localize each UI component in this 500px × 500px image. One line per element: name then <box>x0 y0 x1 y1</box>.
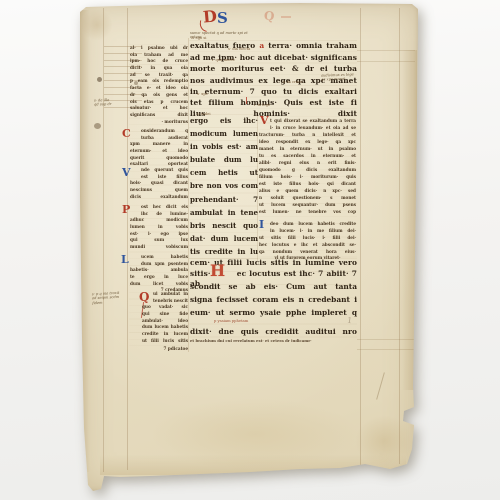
interlinear-gloss: s· oia electa <box>228 47 250 51</box>
ruling-line <box>357 50 415 51</box>
interlinear-gloss: s· in cruce <box>283 80 302 84</box>
gloss-line: tenebris nescit <box>142 298 188 305</box>
gloss-line: qui sum lux <box>130 237 188 244</box>
margin-note-left-mid: s· p q oia traxitad seipm scdmfidem <box>92 290 141 305</box>
ruling-line <box>357 349 417 350</box>
left-gloss-section-f: ui ambulat intenebris nescitquo vadat· s… <box>142 291 188 345</box>
gloss-line: dr qa ois gens et <box>130 92 188 99</box>
main-text-line: prehendant· 7 qui <box>190 193 258 206</box>
gloss-line: n soluit questionem· s monet <box>259 194 356 201</box>
gloss-line: dicis exaltandum <box>130 194 188 201</box>
gloss-line: i· in cruce leuandum· et oia ad se <box>259 124 356 131</box>
gloss-line: alibi· regni eius n erit finis· <box>259 159 356 166</box>
gloss-line: oia traham ad me <box>130 52 188 59</box>
ink-speck <box>94 123 101 129</box>
gloss-line: nde querunt quis <box>130 167 188 174</box>
main-text-line: ambulat in tene <box>190 206 258 219</box>
gloss-line: significans dixit <box>130 112 188 119</box>
margin-note-left-upper: s· de illoqd sup dr <box>94 97 126 107</box>
manuscript-leaf: D S Q suma· spectat q ad morte xpi et ce… <box>0 0 500 500</box>
gloss-line: ucem habetis <box>130 254 188 261</box>
gloss-line: eternum· et ideo <box>130 148 188 155</box>
gloss-line: qa nondum venerat hora eius· <box>259 248 356 255</box>
main-text-line: bris nescit quo va <box>190 219 258 232</box>
gloss-line: deo dum lucem habetis credite <box>259 220 356 227</box>
gloss-line: est iste filius hois· qsi dicant <box>259 180 356 187</box>
left-gloss-section-b: onsiderandum qturba audieratxpm manere i… <box>130 128 188 168</box>
gloss-line: est iste filius <box>130 174 188 181</box>
colophon-line: et brachium dni cui revelatum est· et ce… <box>190 339 322 344</box>
gloss-line: al· i psalmo ubi dr <box>130 45 188 52</box>
gloss-line: quomodo g dicis exaltandum <box>259 166 356 173</box>
gloss-line: ut sitis filii lucis· i· filii dei· <box>259 234 356 241</box>
margin-note-right-upper: audivimus ex legeqa xpc manet <box>321 72 357 82</box>
gloss-line: ui ambulat in <box>142 291 188 298</box>
ruling-line <box>357 61 415 62</box>
main-narrow-block: ergo eis ihc· adhucmodicum lumenin vobis… <box>190 114 258 258</box>
left-gloss-section-c: nde querunt quisest iste filiushois· qua… <box>130 167 188 200</box>
gloss-line: p eam ois redemptio <box>130 78 188 85</box>
pencil-mark: 1 <box>346 317 352 326</box>
gloss-line: turba audierat <box>130 135 188 142</box>
gloss-line: mundi vobiscum <box>130 244 188 251</box>
main-text-line: signa fecisset coram eis n credebant i <box>190 294 357 307</box>
gloss-line: hec locutus e ihc et abscondit se· <box>259 241 356 248</box>
main-text-line: exaltatus fuero a terra· omnia traham <box>190 41 357 51</box>
gloss-line: ut filii lucis sitis <box>142 338 188 345</box>
gloss-line: filium hois· i· moriturum· quis <box>259 173 356 180</box>
gloss-inset-line: · moriturus <box>130 119 188 126</box>
main-upper-block: ad me ipm· hoc aut dicebat· significans … <box>190 52 357 120</box>
gloss-line: ambulat· ideo <box>142 318 188 325</box>
gloss-line: est lumen· ne tenebre vos cop <box>259 208 356 215</box>
ruling-line <box>127 8 128 470</box>
main-text-line: modicum lumen <box>190 127 258 140</box>
decorated-initial-h: H <box>210 263 225 279</box>
gloss-line: in lucem· i· in me filium dei· <box>259 227 356 234</box>
rubric-tick <box>246 97 247 104</box>
gloss-line: manet in eternum· ut in psalmo <box>259 145 356 152</box>
lower-line1-pre: sitis· <box>190 269 211 278</box>
gloss-line: ihc de lumine· <box>130 211 188 218</box>
main-text-line: tet filium hominis· Quis est iste fi <box>190 97 357 108</box>
main-text-line: bre non vos com <box>190 179 258 192</box>
main-text-line: bulate dum lu <box>190 153 258 166</box>
main-text-line: in eternum· 7 quo tu dicis exaltari opor <box>190 86 357 97</box>
gloss-line: facta e· et ideo oia <box>130 85 188 92</box>
interlinear-gloss: & ego si <box>191 36 206 40</box>
rubricated-letter: a <box>259 41 264 50</box>
gloss-inset-line: 7 pdicatoe <box>130 346 188 353</box>
stain-left-edge <box>79 10 90 472</box>
leaf-shadow-wrapper: D S Q suma· spectat q ad morte xpi et ce… <box>0 0 500 500</box>
gloss-line: nescimus quem <box>130 187 188 194</box>
interlinear-gloss-red: p ysaiam pphetam <box>214 319 248 323</box>
gloss-line: ut lucem sequantur· dum psens <box>259 201 356 208</box>
gloss-end-line: vl ut furorem eorum vitaret· <box>259 255 356 262</box>
gloss-line: te ergo in luce <box>130 274 188 281</box>
ruling-line <box>399 8 400 464</box>
photo-background: D S Q suma· spectat q ad morte xpi et ce… <box>0 0 500 500</box>
gloss-line: t qui dixerat se exaltandum a terra <box>259 117 356 124</box>
gloss-line: dum lucem habetis <box>142 324 188 331</box>
folio-letter-blue: S <box>217 11 228 26</box>
left-gloss-section-a: al· i psalmo ubi droia traham ad meipm· … <box>130 45 188 119</box>
gloss-line: hois· quasi dicant <box>130 180 188 187</box>
main-lower-block: scondit se ab eis· Cum aut tantasigna fe… <box>190 281 357 320</box>
ghost-offset-smudge <box>281 16 291 18</box>
gloss-line: querit quomodo <box>130 155 188 162</box>
ruling-line <box>357 339 417 340</box>
right-gloss-top-section: t qui dixerat se exaltandum a terrai· in… <box>259 117 356 215</box>
main-text-line: scondit se ab eis· Cum aut tanta <box>190 281 357 294</box>
gloss-line: xpm manere in <box>130 141 188 148</box>
gloss-line: dum xpm psentem <box>130 261 188 268</box>
gloss-line: adhuc modicum <box>130 217 188 224</box>
main-text-line: dat· dum lucem he <box>190 232 258 245</box>
gloss-line: dicit· in qua oia <box>130 65 188 72</box>
ruling-line <box>360 8 361 466</box>
initial-l: L <box>121 254 129 265</box>
main-text-line: cem hetis ut tene <box>190 166 258 179</box>
gloss-line: ipm· hoc de cruce <box>130 58 188 65</box>
main-text-line: eum· ut sermo ysaie pphe impleret q <box>190 307 357 320</box>
ruling-line <box>103 8 104 472</box>
gloss-line: ideo respondit ex lege· qa xpc <box>259 138 356 145</box>
interlinear-gloss: i· qua morte <box>212 58 235 62</box>
gloss-line: saluatur· et hoc <box>130 105 188 112</box>
gloss-line: est· i· ego ipse <box>130 231 188 238</box>
gloss-line: ost hec dicit eis <box>130 204 188 211</box>
gloss-line: alius e quem dicis· n xpc· sed <box>259 187 356 194</box>
gloss-line: onsiderandum q <box>130 128 188 135</box>
left-gloss-section-e: ucem habetisdum xpm psentemhabetis· ambu… <box>130 254 188 287</box>
main-text-line: in vobis est· am <box>190 140 258 153</box>
gloss-line: ois etas p crucem <box>130 99 188 106</box>
ghost-offset-mark: Q <box>263 9 275 22</box>
left-gloss-section-d: ost hec dicit eisihc de lumine·adhuc mod… <box>130 204 188 251</box>
gloss-line: ad se traxit· qa <box>130 72 188 79</box>
gloss-line: quo vadat· sic <box>142 304 188 311</box>
interlinear-gloss: i· in lege <box>254 103 270 107</box>
ink-speck <box>97 77 102 82</box>
gloss-line: habetis· ambula <box>130 267 188 274</box>
gloss-line: lumen in vobis <box>130 224 188 231</box>
gloss-line: tu es sacerdos in eternum· et <box>259 152 356 159</box>
interlinear-gloss: s· iudei <box>197 112 211 116</box>
main-text-line: dixit· dne quis credidit auditui nro <box>190 327 357 337</box>
gloss-line: tracturum· turba n intellexit et <box>259 131 356 138</box>
main-text-line: tis credite in lu <box>190 245 258 258</box>
gloss-line: qui sine fide <box>142 311 188 318</box>
main-line1-post: terra· omnia traham <box>268 41 357 50</box>
gloss-line: credite in lucem <box>142 331 188 338</box>
interlinear-gloss: s· xps <box>197 92 208 96</box>
right-gloss-mid-section: deo dum lucem habetis creditein lucem· i… <box>259 220 356 255</box>
